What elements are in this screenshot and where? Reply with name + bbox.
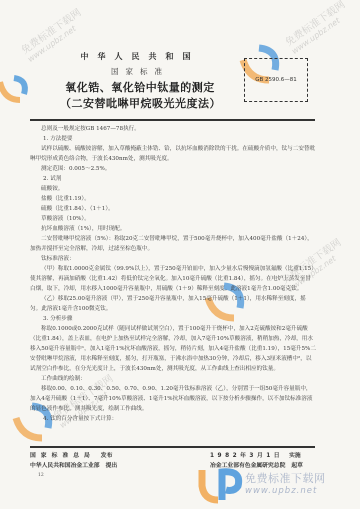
issuer-action: 发布 [101, 453, 113, 459]
paragraph: （甲）称取1.0000克金属钛（99.9%以上），置于250毫升铂皿中，加入少量… [30, 264, 316, 294]
proposer: 中华人民共和国冶金工业部 [30, 463, 100, 469]
drafter: 冶金工业部有色金属研究总院 [210, 463, 285, 469]
paragraph: 试样以硫酸、硫酸铵溶解，加入草酸掩蔽主体锆、铪，以抗坏血酸消除铁的干扰。在硫酸介… [30, 144, 316, 164]
brand-url: www.upbz.net [245, 486, 326, 496]
paragraph: 抗坏血酸溶液（1%），用时现配。 [30, 224, 316, 234]
paragraph: 移取0.00、0.10、0.30、0.50、0.70、0.90、1.20毫升钛标… [30, 384, 316, 414]
section-heading: 1. 方法提要 [30, 134, 316, 144]
document-body: 总则及一般规定按GB 1467—78执行。 1. 方法提要 试样以硫酸、硫酸铵溶… [30, 124, 316, 424]
paragraph: 钛标准溶液： [30, 254, 316, 264]
paragraph: 二安替吡啉甲烷溶液（5%）：称取20克二安替吡啉甲烷，置于500毫升烧杯中，加入… [30, 234, 316, 254]
document-subtitle: （二安替吡啉甲烷吸光光度法） [60, 95, 220, 111]
paragraph: 测定范围：0.005～2.5%。 [30, 164, 316, 174]
standard-type: 国家标准 [70, 66, 210, 77]
watermark-text: 免费标准下载网 www.upbz.net [281, 0, 352, 56]
paragraph: 盐酸（比重1.19）。 [30, 194, 316, 204]
effective-line: 1982年3月1日实施 [210, 450, 301, 459]
section-heading: 4. 钛的百分含量按下式计算： [30, 414, 316, 424]
page-number: 12 [38, 473, 44, 478]
proposer-action: 提出 [106, 463, 118, 469]
standard-number: GB 2590.6—81 [255, 77, 297, 83]
drafter-line: 冶金工业部有色金属研究总院起草 [210, 460, 303, 469]
standard-number-box: GB 2590.6—81 [244, 58, 308, 102]
effective-date: 1982年3月1日 [210, 453, 283, 459]
paragraph: 称取0.1000或0.2000克试样（随同试样做试剂空白），置于100毫升干烧杯… [30, 324, 316, 374]
issuer: 国家标准总局 [30, 453, 95, 459]
drafter-action: 起草 [291, 463, 303, 469]
document-page: 免费标准下载网 www.upbz.net 免费标准下载网 www.upbz.ne… [0, 0, 360, 509]
section-heading: 2. 试剂 [30, 174, 316, 184]
up-logo-icon [0, 70, 34, 110]
section-heading: 3. 分析步骤 [30, 314, 316, 324]
effective-action: 实施 [289, 453, 301, 459]
document-title: 氧化锆、氧化铪中钛量的测定 [60, 79, 220, 95]
paragraph: （乙）移取25.00毫升溶液（甲），置于250毫升容量瓶中，加入15毫升硫酸（1… [30, 294, 316, 314]
paragraph: 硫酸铵。 [30, 184, 316, 194]
paragraph: 草酸溶液（10%）。 [30, 214, 316, 224]
brand-name: 免费标准下载网 [245, 470, 326, 486]
header-divider [30, 119, 315, 121]
paragraph: 工作曲线的绘制： [30, 374, 316, 384]
brand-watermark: 免费标准下载网 www.upbz.net [245, 470, 326, 496]
footer-divider [30, 446, 315, 448]
proposer-line: 中华人民共和国冶金工业部提出 [30, 460, 117, 469]
paragraph: 总则及一般规定按GB 1467—78执行。 [30, 124, 316, 134]
paragraph: 硫酸（比重1.84）、（1＋1）。 [30, 204, 316, 214]
country-name: 中华人民共和国 [70, 51, 210, 62]
issuer-line: 国家标准总局发布 [30, 450, 112, 459]
